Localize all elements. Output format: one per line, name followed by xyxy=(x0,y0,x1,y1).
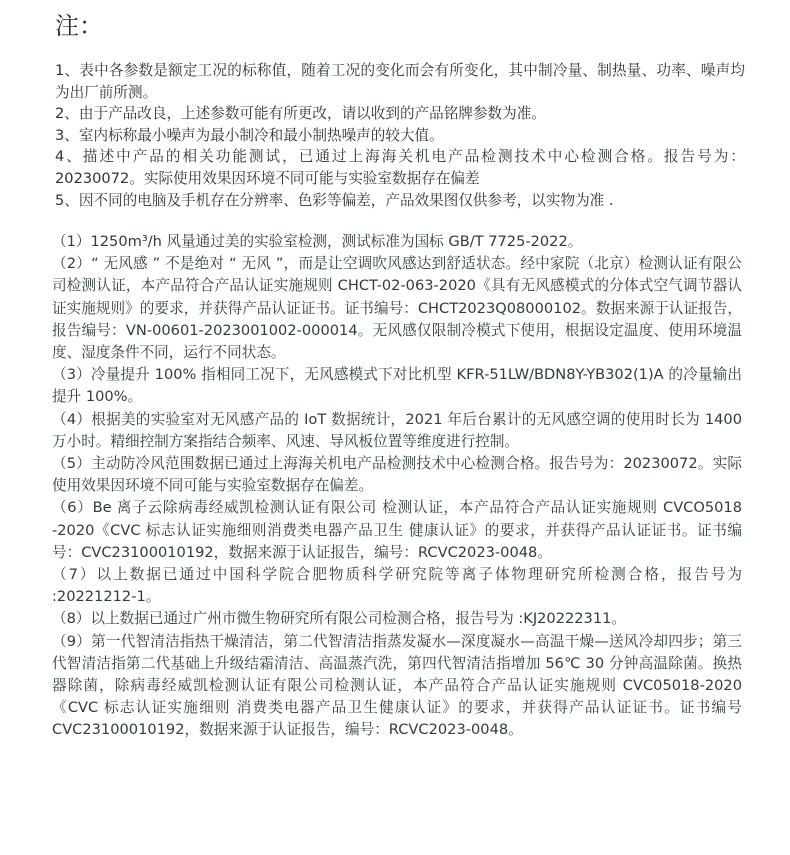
reference-text: “ 无风感 ” 不是绝对 “ 无风 ”，而是让空调吹风感达到舒适状态。经中家院（… xyxy=(52,255,742,361)
note-item: 2、由于产品改良，上述参数可能有所更改，请以收到的产品铭牌参数为准。 xyxy=(55,103,745,125)
note-item: 3、室内标称最小噪声为最小制冷和最小制热噪声的较大值。 xyxy=(55,125,745,147)
reference-item: （7）以上数据已通过中国科学院合肥物质科学研究院等离子体物理研究所检测合格，报告… xyxy=(52,564,742,608)
reference-item: （5）主动防冷风范围数据已通过上海海关机电产品检测技术中心检测合格。报告号为：2… xyxy=(52,453,742,497)
reference-number: （8） xyxy=(52,610,90,627)
reference-number: （7） xyxy=(52,566,97,583)
reference-text: 以上数据已通过广州市微生物研究所有限公司检测合格，报告号为 :KJ2022231… xyxy=(90,610,626,627)
reference-item: （9）第一代智清洁指热干燥清洁，第二代智清洁指蒸发凝水—深度凝水—高温干燥—送风… xyxy=(52,631,742,742)
reference-number: （2） xyxy=(52,255,91,272)
reference-text: 根据美的实验室对无风感产品的 IoT 数据统计，2021 年后台累计的无风感空调… xyxy=(52,411,742,450)
note-item: 4、描述中产品的相关功能测试，已通过上海海关机电产品检测技术中心检测合格。报告号… xyxy=(55,146,745,189)
reference-text: 1250m³/h 风量通过美的实验室检测，测试标准为国标 GB/T 7725-2… xyxy=(90,233,582,250)
reference-text: 主动防冷风范围数据已通过上海海关机电产品检测技术中心检测合格。报告号为：2023… xyxy=(52,455,742,494)
reference-number: （6） xyxy=(52,499,93,516)
page-title: 注： xyxy=(55,10,103,42)
reference-item: （4）根据美的实验室对无风感产品的 IoT 数据统计，2021 年后台累计的无风… xyxy=(52,409,742,453)
reference-item: （6）Be 离子云除病毒经威凯检测认证有限公司 检测认证，本产品符合产品认证实施… xyxy=(52,497,742,564)
reference-item: （1）1250m³/h 风量通过美的实验室检测，测试标准为国标 GB/T 772… xyxy=(52,231,742,253)
reference-item: （8）以上数据已通过广州市微生物研究所有限公司检测合格，报告号为 :KJ2022… xyxy=(52,608,742,630)
reference-text: 第一代智清洁指热干燥清洁，第二代智清洁指蒸发凝水—深度凝水—高温干燥—送风冷却四… xyxy=(52,633,742,739)
reference-number: （9） xyxy=(52,633,91,650)
reference-item: （2）“ 无风感 ” 不是绝对 “ 无风 ”，而是让空调吹风感达到舒适状态。经中… xyxy=(52,253,742,364)
reference-number: （4） xyxy=(52,411,91,428)
reference-number: （5） xyxy=(52,455,91,472)
reference-text: Be 离子云除病毒经威凯检测认证有限公司 检测认证，本产品符合产品认证实施规则 … xyxy=(52,499,742,560)
reference-number: （1） xyxy=(52,233,90,250)
reference-number: （3） xyxy=(52,366,91,383)
note-item: 5、因不同的电脑及手机存在分辨率、色彩等偏差，产品效果图仅供参考，以实物为准 . xyxy=(55,190,745,212)
note-item: 1、表中各参数是额定工况的标称值，随着工况的变化而会有所变化，其中制冷量、制热量… xyxy=(55,60,745,103)
notes-list: 1、表中各参数是额定工况的标称值，随着工况的变化而会有所变化，其中制冷量、制热量… xyxy=(55,60,745,211)
reference-text: 以上数据已通过中国科学院合肥物质科学研究院等离子体物理研究所检测合格，报告号为 … xyxy=(52,566,742,605)
references-list: （1）1250m³/h 风量通过美的实验室检测，测试标准为国标 GB/T 772… xyxy=(52,231,742,742)
reference-text: 冷量提升 100% 指相同工况下，无风感模式下对比机型 KFR-51LW/BDN… xyxy=(52,366,742,405)
reference-item: （3）冷量提升 100% 指相同工况下，无风感模式下对比机型 KFR-51LW/… xyxy=(52,364,742,408)
